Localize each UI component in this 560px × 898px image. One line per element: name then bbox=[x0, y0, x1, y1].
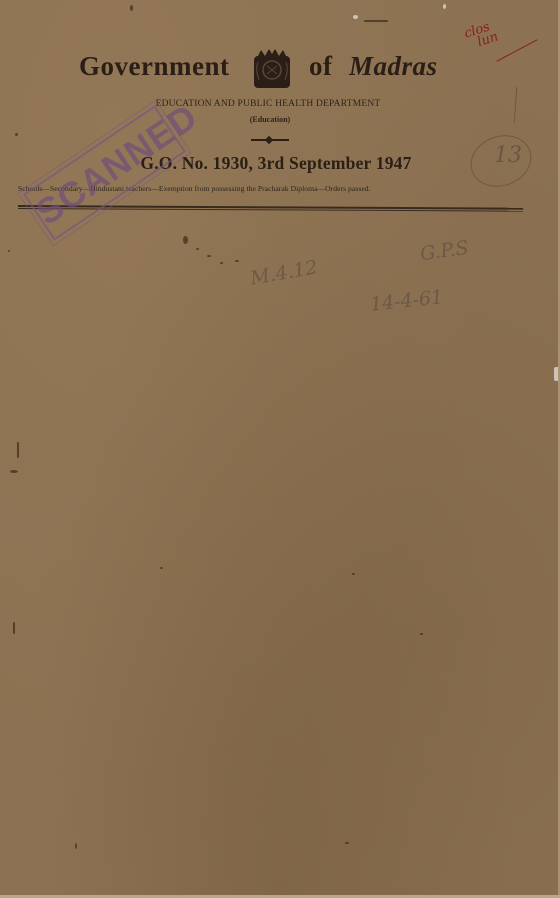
pencil-note-2: G.P.S bbox=[419, 237, 470, 266]
pencil-note-1: M.4.12 bbox=[249, 256, 320, 289]
masthead-madras: Madras bbox=[349, 51, 438, 82]
masthead: Government of Madras bbox=[0, 46, 560, 96]
paper-speck bbox=[235, 260, 239, 262]
masthead-of: of bbox=[309, 51, 333, 82]
paper-speck bbox=[220, 262, 223, 264]
paper-speck bbox=[8, 250, 10, 252]
paper-speck bbox=[10, 470, 18, 473]
paper-speck bbox=[443, 4, 446, 9]
paper-speck bbox=[15, 133, 18, 136]
paper-speck bbox=[183, 236, 188, 244]
paper-speck bbox=[420, 633, 423, 635]
paper-speck bbox=[13, 622, 15, 634]
paper-speck bbox=[130, 5, 133, 11]
paper-speck bbox=[75, 843, 77, 849]
paper-speck bbox=[353, 15, 358, 19]
paper-speck bbox=[352, 573, 355, 575]
ornament-divider bbox=[251, 139, 289, 141]
pencil-note-3: 14-4-61 bbox=[369, 286, 444, 316]
masthead-government: Government bbox=[79, 51, 229, 82]
paper-speck bbox=[345, 842, 349, 844]
sub-department: (Education) bbox=[0, 115, 540, 124]
paper-speck bbox=[17, 442, 19, 458]
paper-speck bbox=[364, 20, 388, 22]
paper-speck bbox=[160, 567, 163, 569]
pencil-circled-number: 13 bbox=[494, 143, 522, 168]
coat-of-arms-icon bbox=[249, 48, 295, 90]
paper-speck bbox=[196, 248, 199, 250]
paper-speck bbox=[207, 255, 211, 257]
department-heading: EDUCATION AND PUBLIC HEALTH DEPARTMENT bbox=[0, 99, 536, 109]
document-page: Government of Madras EDUCATION AND PUBLI… bbox=[0, 0, 560, 898]
